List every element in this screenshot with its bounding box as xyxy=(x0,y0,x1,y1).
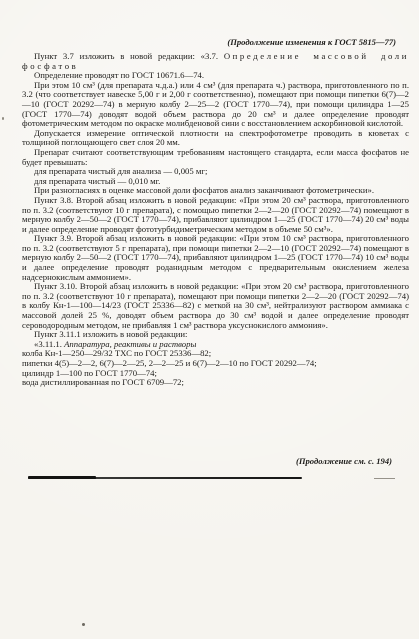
continuation-header-note: (Продолжение изменения к ГОСТ 5815—77) xyxy=(22,37,396,47)
reagent-item-water: вода дистиллированная по ГОСТ 6709—72; xyxy=(22,378,409,388)
paragraph-procedure-3-7: При этом 10 см³ (для препарата ч.д.а.) и… xyxy=(22,81,409,129)
paragraph-point-3-8: Пункт 3.8. Второй абзац изложить в новой… xyxy=(22,196,409,234)
paragraph-requirements: Препарат считают соответствующим требова… xyxy=(22,148,409,167)
paragraph-point-3-11-1-title: Аппаратура, реактивы и растворы xyxy=(64,339,196,349)
paragraph-point-3-11-1-number: «3.11.1. xyxy=(34,339,64,349)
bottom-separator-line-thick-segment xyxy=(28,476,96,479)
scan-speck xyxy=(82,623,85,626)
paragraph-optical-density: Допускается измерение оптической плотнос… xyxy=(22,129,409,148)
bottom-separator-dash xyxy=(374,478,395,479)
document-body: Пункт 3.7 изложить в новой редакции: «3.… xyxy=(22,52,409,388)
paragraph-point-3-9: Пункт 3.9. Второй абзац изложить в новой… xyxy=(22,234,409,282)
scanned-document-page: (Продолжение изменения к ГОСТ 5815—77) П… xyxy=(0,0,419,639)
paragraph-point-3-7-intro: Пункт 3.7 изложить в новой редакции: «3.… xyxy=(34,51,224,61)
paragraph-point-3-7: Пункт 3.7 изложить в новой редакции: «3.… xyxy=(22,52,409,71)
paragraph-point-3-10: Пункт 3.10. Второй абзац изложить в ново… xyxy=(22,282,409,330)
continuation-footer-note: (Продолжение см. с. 194) xyxy=(22,456,392,466)
scan-speck xyxy=(2,117,4,120)
